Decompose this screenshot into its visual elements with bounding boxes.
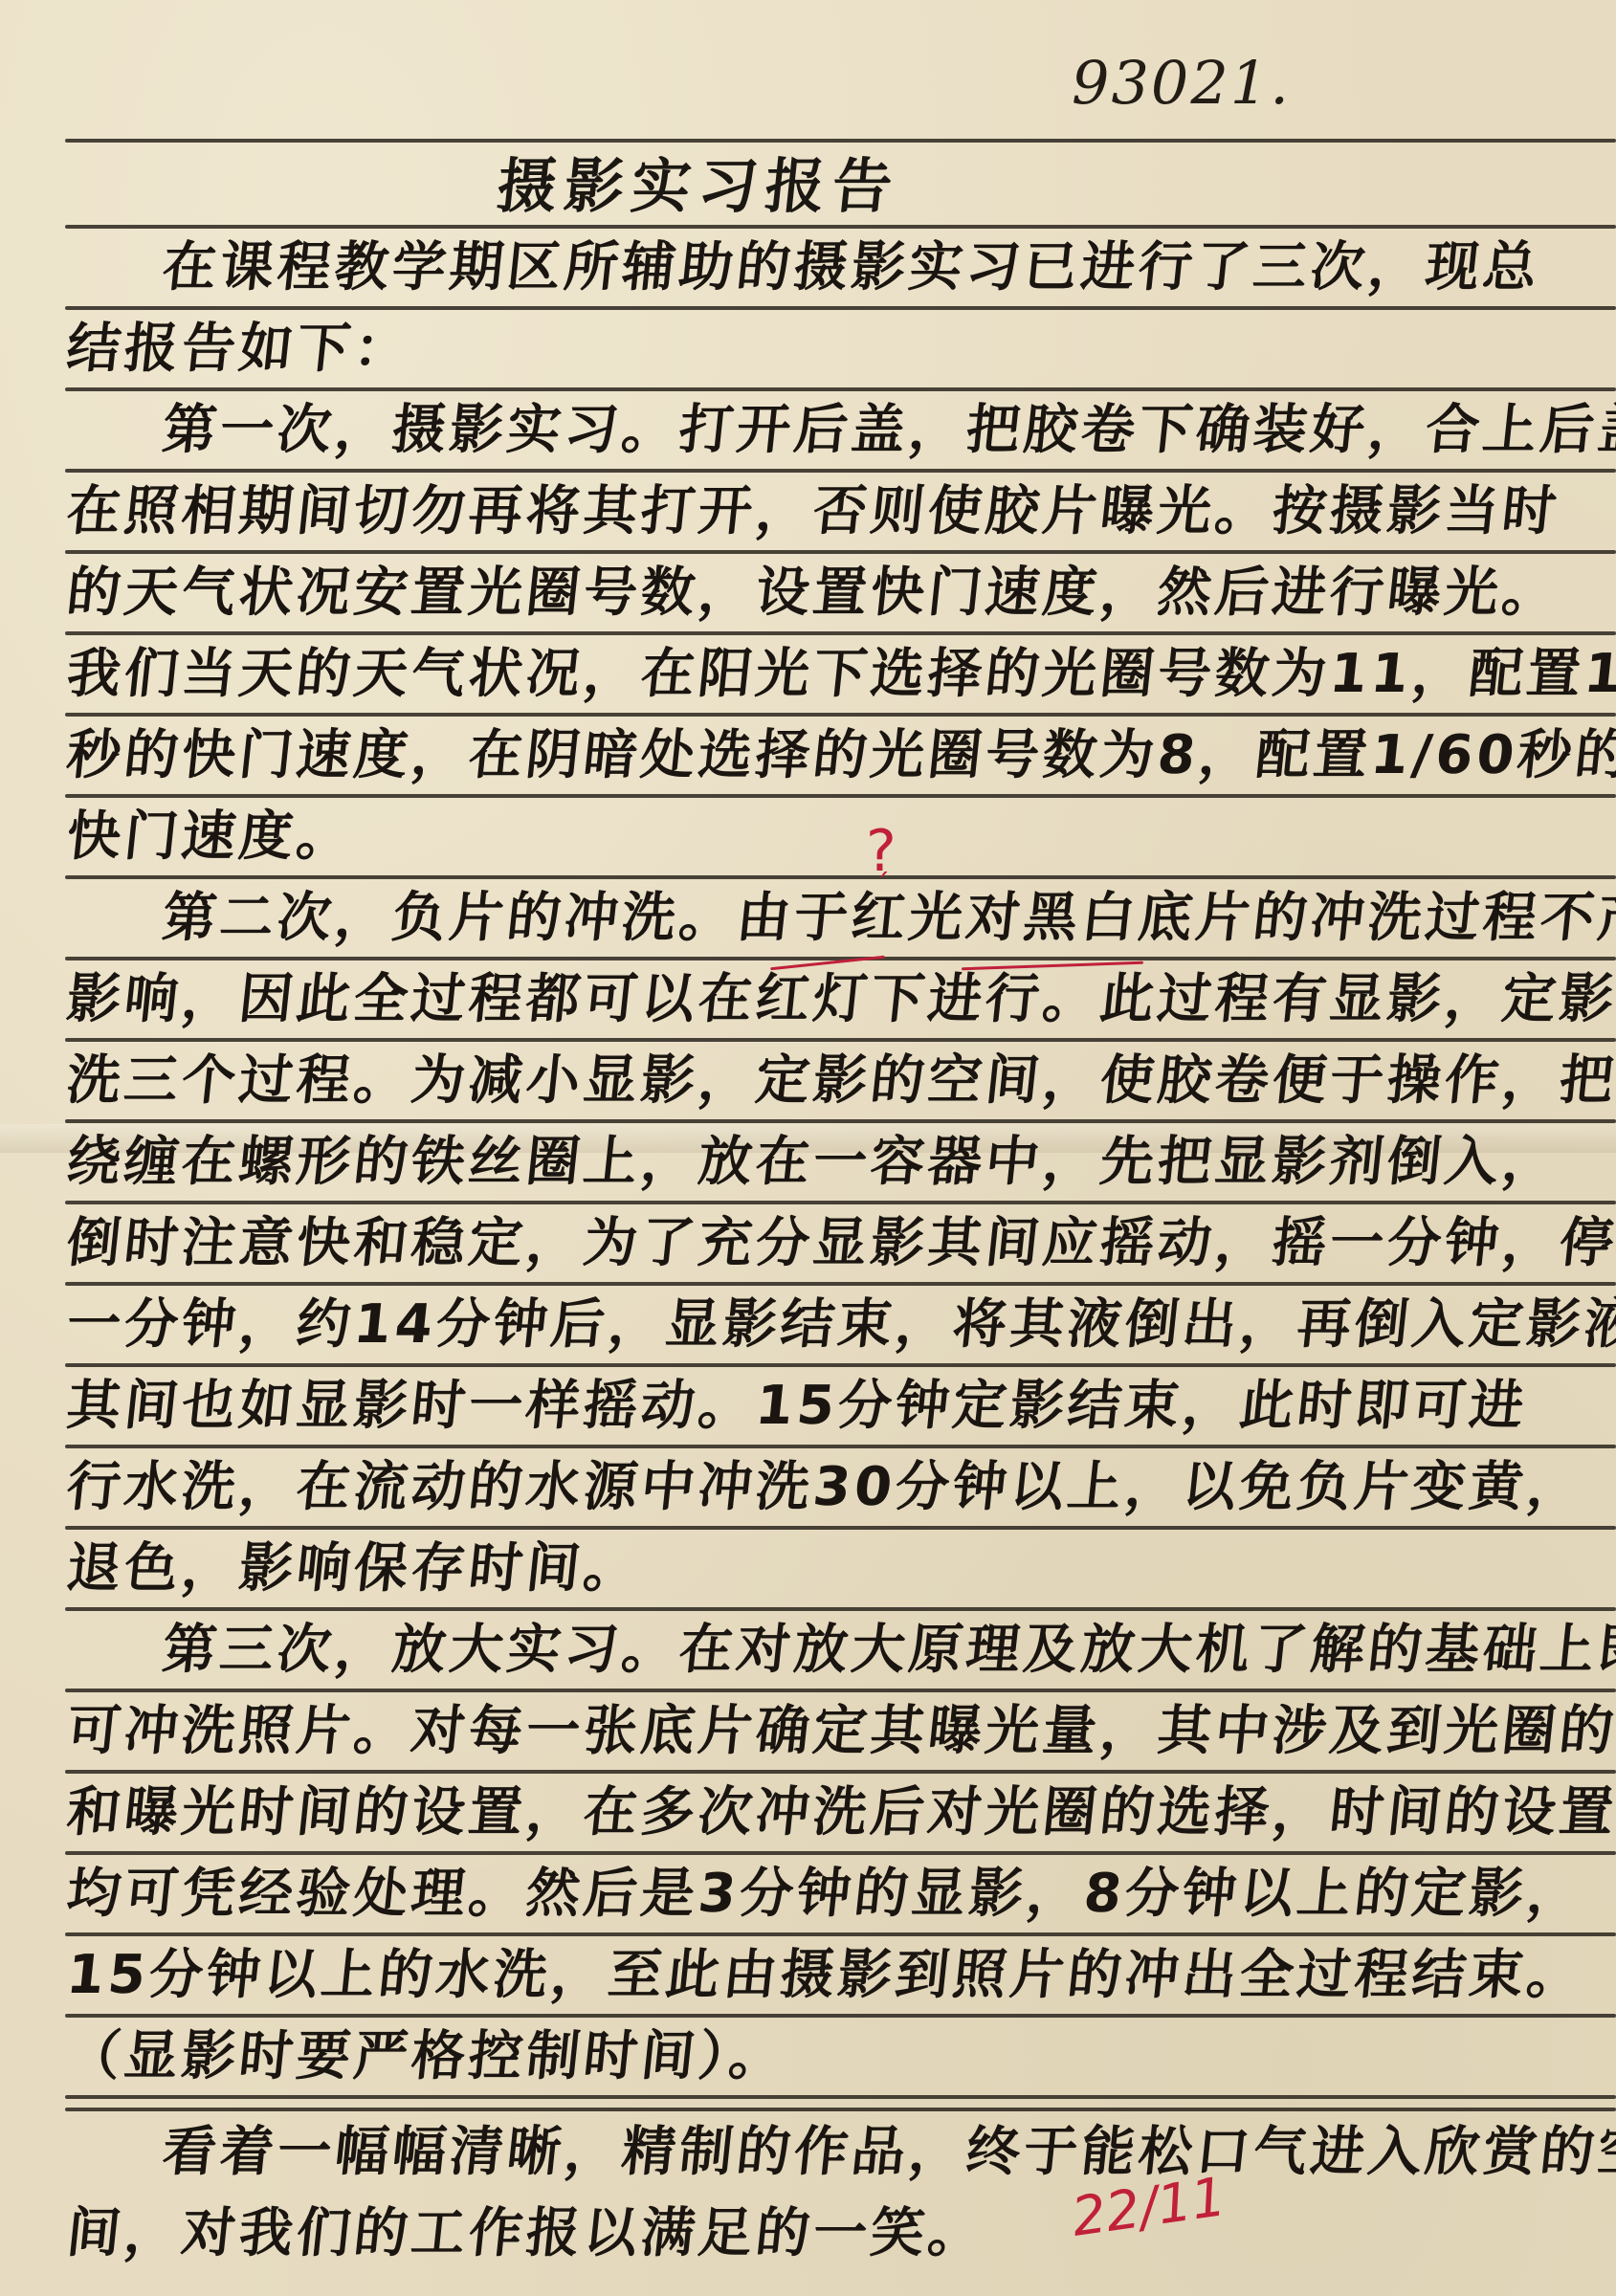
ruled-line: [65, 1363, 1616, 1367]
text-line: 和曝光时间的设置，在多次冲洗后对光圈的选择，时间的设置: [63, 1775, 1583, 1851]
ruled-line: [65, 2014, 1616, 2018]
text-line: 影响，因此全过程都可以在红灯下进行。此过程有显影，定影，水: [63, 961, 1583, 1038]
ruled-line: [65, 1932, 1616, 1936]
text-line: 间，对我们的工作报以满足的一笑。: [63, 2196, 1583, 2272]
text-line: 洗三个过程。为减小显影，定影的空间，使胶卷便于操作，把胶卷: [63, 1043, 1583, 1119]
text-line: 均可凭经验处理。然后是3分钟的显影，8分钟以上的定影，: [63, 1856, 1583, 1932]
text-line: 15分钟以上的水洗，至此由摄影到照片的冲出全过程结束。: [63, 1937, 1583, 2014]
text-line: 退色，影响保存时间。: [63, 1531, 1583, 1607]
ruled-line: [65, 2095, 1616, 2099]
text-line: 行水洗，在流动的水源中冲洗30分钟以上，以免负片变黄，: [63, 1449, 1583, 1526]
ruled-line: [65, 1770, 1616, 1774]
text-line: 第一次，摄影实习。打开后盖，把胶卷下确装好，合上后盖，: [63, 392, 1616, 469]
ruled-line: [65, 1445, 1616, 1448]
ruled-line: [65, 1201, 1616, 1204]
text-line: 在照相期间切勿再将其打开，否则使胶片曝光。按摄影当时: [63, 474, 1583, 550]
ruled-line: [65, 387, 1616, 391]
text-line: 快门速度。: [63, 799, 1583, 875]
text-line: 一分钟，约14分钟后，显影结束，将其液倒出，再倒入定影液。: [63, 1287, 1583, 1363]
ruled-line: [65, 1607, 1616, 1611]
ruled-line: [65, 1038, 1616, 1042]
text-line: （显影时要严格控制时间）。: [63, 2019, 1583, 2095]
text-line: 其间也如显影时一样摇动。15分钟定影结束，此时即可进: [63, 1368, 1583, 1445]
text-line: 秒的快门速度，在阴暗处选择的光圈号数为8，配置1/60秒的: [63, 717, 1583, 794]
text-line: 的天气状况安置光圈号数，设置快门速度，然后进行曝光。: [63, 555, 1583, 631]
text-line: 结报告如下：: [63, 311, 1583, 387]
ruled-line: [65, 1526, 1616, 1530]
text-line: 第三次，放大实习。在对放大原理及放大机了解的基础上即: [63, 1612, 1616, 1689]
text-line: 在课程教学期区所辅助的摄影实习已进行了三次，现总: [63, 230, 1616, 306]
document-number: 93021.: [1072, 48, 1291, 118]
document-page: 93021. 摄影实习报告 在课程教学期区所辅助的摄影实习已进行了三次，现总 结…: [0, 0, 1616, 2296]
ruled-line: [65, 2108, 1616, 2111]
text-line: 第二次，负片的冲洗。由于红光对黑白底片的冲洗过程不产生: [63, 880, 1616, 957]
ruled-line: [65, 469, 1616, 473]
ruled-line: [65, 1851, 1616, 1855]
text-line: 绕缠在螺形的铁丝圈上，放在一容器中，先把显影剂倒入，: [63, 1124, 1583, 1201]
report-title: 摄影实习报告: [493, 143, 903, 230]
red-tick-mark: ˊ: [875, 869, 890, 902]
ruled-line: [65, 875, 1616, 879]
ruled-line: [65, 550, 1616, 554]
ruled-line: [65, 713, 1616, 717]
ruled-line: [65, 1282, 1616, 1286]
ruled-line: [65, 139, 1616, 143]
ruled-line: [65, 1119, 1616, 1123]
text-line: 可冲洗照片。对每一张底片确定其曝光量，其中涉及到光圈的选择: [63, 1693, 1583, 1770]
ruled-line: [65, 794, 1616, 798]
text-line: 我们当天的天气状况，在阳光下选择的光圈号数为11，配置1/125: [63, 636, 1583, 713]
ruled-line: [65, 631, 1616, 635]
ruled-line: [65, 306, 1616, 310]
text-line: 看着一幅幅清晰，精制的作品，终于能松口气进入欣赏的空: [63, 2114, 1616, 2191]
text-line: 倒时注意快和稳定，为了充分显影其间应摇动，摇一分钟，停: [63, 1205, 1583, 1282]
ruled-line: [65, 1689, 1616, 1692]
